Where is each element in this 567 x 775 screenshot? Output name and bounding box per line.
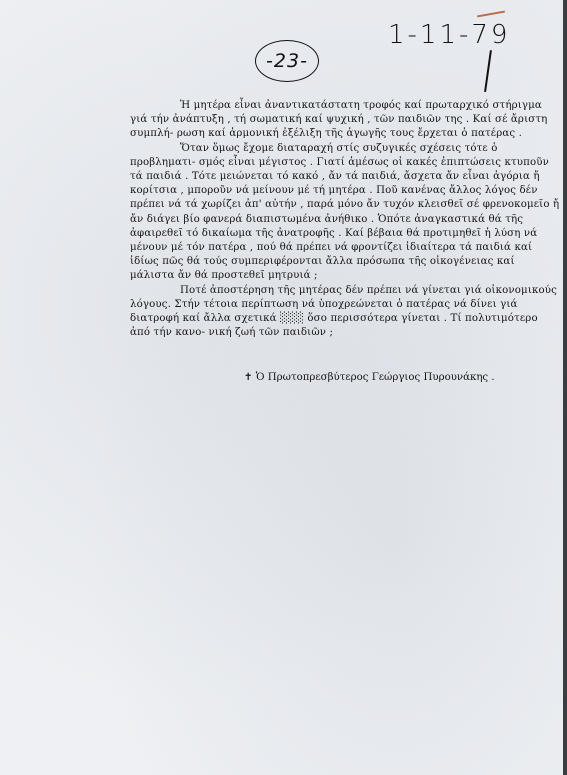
red-pencil-mark <box>477 11 505 18</box>
paragraph-3: Ποτέ ἀποστέρηση τῆς μητέρας δέν πρέπει ν… <box>130 284 560 341</box>
document-page: -23- 1-11-79 Ἡ μητέρα εἶναι ἀναντικατάστ… <box>0 0 567 775</box>
signature-line: ✝ Ὁ Πρωτοπρεσβύτερος Γεώργιος Πυρουνάκης… <box>244 372 495 383</box>
line: καί ἄλλα σχετικά ░░░ ὅσο περισσότερα γίν… <box>130 313 538 338</box>
page-number-text: -23- <box>266 50 308 72</box>
handwritten-date: 1-11-79 <box>388 20 510 50</box>
line: Ποτέ ἀποστέρηση τῆς μητέρας δέν πρέπει ν… <box>180 285 557 296</box>
paragraph-2: Ὅταν ὅμως ἔχομε διαταραχή στίς συζυγικές… <box>130 142 560 284</box>
body-text: Ἡ μητέρα εἶναι ἀναντικατάστατη τροφός κα… <box>130 99 560 340</box>
line: νική ζωή τῶν παιδιῶν ; <box>208 327 333 338</box>
paragraph-1: Ἡ μητέρα εἶναι ἀναντικατάστατη τροφός κα… <box>130 99 560 142</box>
line: ρωση καί ἁρμονική ἐξέλιξη τῆς ἀγωγῆς του… <box>177 128 522 139</box>
handwritten-stroke <box>484 50 491 92</box>
page-number-circled: -23- <box>255 40 319 82</box>
